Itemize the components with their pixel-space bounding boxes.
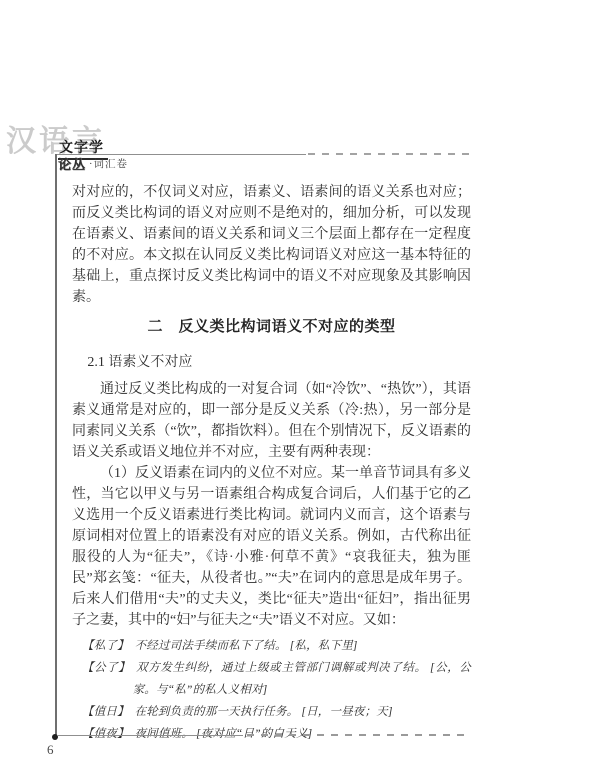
- footer-rule-solid: [57, 735, 243, 736]
- paragraph-body: （1）反义语素在词内的义位不对应。某一单音节词具有多义性，当它以甲义与另一语素组…: [72, 463, 471, 631]
- paragraph-continuation: 对对应的，不仅词义对应，语素义、语素间的语义关系也对应；而反义类比构词的语义对应…: [72, 182, 471, 308]
- page-number: 6: [47, 742, 54, 758]
- example-term: 【私了】: [82, 640, 129, 652]
- section-heading: 二 反义类比构词语义不对应的类型: [72, 316, 471, 338]
- footer-rule-dashed: [247, 734, 471, 736]
- series-logo: 论丛: [58, 154, 86, 173]
- left-margin-rule: [55, 154, 57, 736]
- page-content: 对对应的，不仅词义对应，语素义、语素间的语义关系也对应；而反义类比构词的语义对应…: [72, 182, 471, 745]
- example-term: 【公了】: [82, 662, 130, 674]
- example-entry: 【值日】在轮到负责的那一天执行任务。 [日，一昼夜；天]: [82, 701, 471, 723]
- example-definition: 在轮到负责的那一天执行任务。 [日，一昼夜；天]: [135, 706, 393, 718]
- example-definition: 不经过司法手续而私下了结。 [私，私下里]: [135, 640, 358, 652]
- dictionary-examples: 【私了】不经过司法手续而私下了结。 [私，私下里] 【公了】双方发生纠纷，通过上…: [82, 635, 471, 745]
- example-entry: 【私了】不经过司法手续而私下了结。 [私，私下里]: [82, 635, 471, 657]
- header-rule-dashed: [308, 153, 476, 155]
- example-definition: 双方发生纠纷，通过上级或主管部门调解或判决了结。 [公，公家。与“私”的私人义相…: [133, 662, 471, 696]
- example-term: 【值夜】: [82, 728, 129, 740]
- example-entry: 【公了】双方发生纠纷，通过上级或主管部门调解或判决了结。 [公，公家。与“私”的…: [82, 657, 471, 701]
- volume-label: ·词汇卷: [89, 156, 128, 171]
- book-page: 汉语言 文字学 论丛 ·词汇卷 对对应的，不仅词义对应，语素义、语素间的语义关系…: [0, 0, 600, 776]
- example-term: 【值日】: [82, 706, 129, 718]
- subsection-heading: 2.1 语素义不对应: [72, 352, 471, 373]
- header-subline: 论丛 ·词汇卷: [58, 156, 128, 171]
- paragraph-body: 通过反义类比构成的一对复合词（如“冷饮”、“热饮”），其语素义通常是对应的，即一…: [72, 379, 471, 463]
